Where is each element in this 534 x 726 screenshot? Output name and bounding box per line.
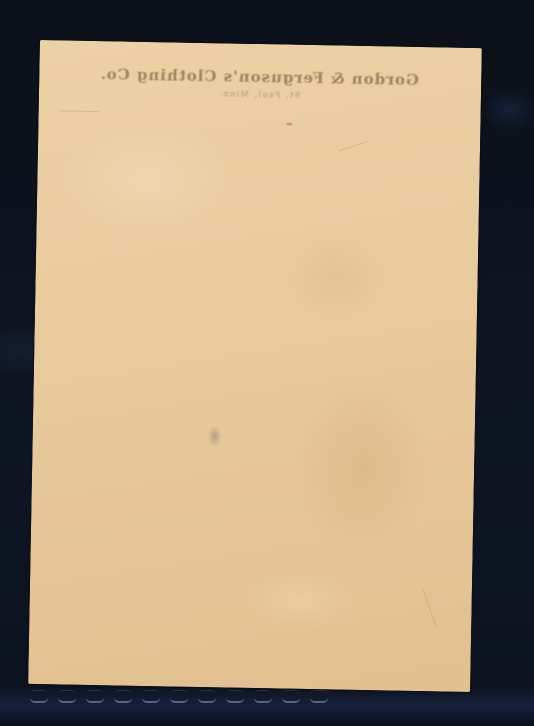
surface-crease xyxy=(59,110,99,112)
perforation xyxy=(86,690,104,703)
perforation xyxy=(58,690,76,703)
perforation xyxy=(114,690,132,703)
surface-crease xyxy=(339,141,368,152)
perforation xyxy=(198,690,216,703)
trade-card-back: Gordon & Ferguson's Clothing Co. St. Pau… xyxy=(28,40,482,692)
imprint-company-name: Gordon & Ferguson's Clothing Co. xyxy=(69,65,449,90)
perforation xyxy=(226,690,244,703)
imprint-address: St. Paul, Minn. xyxy=(69,87,449,103)
perforation xyxy=(254,690,272,703)
mirrored-bleed-through-imprint: Gordon & Ferguson's Clothing Co. St. Pau… xyxy=(69,65,450,103)
ink-spot xyxy=(286,123,292,126)
perforation xyxy=(142,690,160,703)
perforation xyxy=(282,690,300,703)
perforation xyxy=(30,690,48,703)
perforation xyxy=(310,690,328,703)
sleeve-perforations xyxy=(30,690,350,708)
scan-background: Gordon & Ferguson's Clothing Co. St. Pau… xyxy=(0,0,534,726)
surface-crease xyxy=(423,589,437,627)
stain-mark xyxy=(208,425,222,447)
perforation xyxy=(170,690,188,703)
